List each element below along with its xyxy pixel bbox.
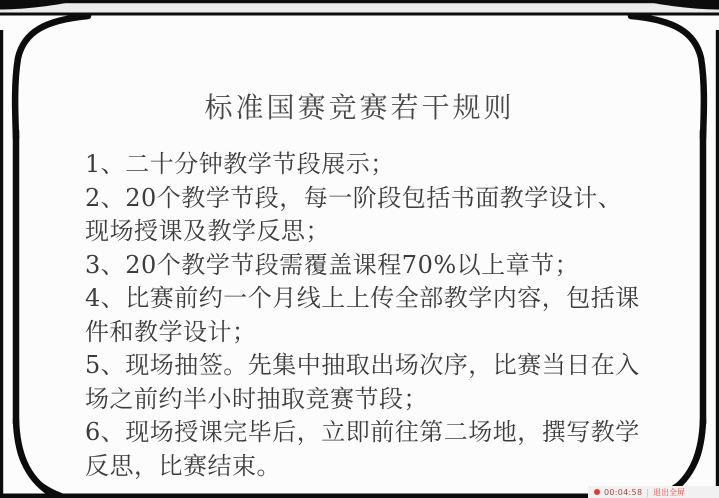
record-dot-icon bbox=[594, 489, 600, 495]
rule-item-2: 2、20个教学节段，每一阶段包括书面教学设计、现场授课及教学反思； bbox=[85, 182, 641, 249]
exit-fullscreen-button[interactable]: 退出全屏 bbox=[653, 488, 685, 498]
rule-item-4: 4、比赛前约一个月线上上传全部教学内容，包括课件和教学设计； bbox=[85, 282, 641, 349]
slide-title: 标准国赛竞赛若干规则 bbox=[0, 86, 719, 126]
rule-item-6: 6、现场授课完毕后，立即前往第二场地，撰写教学反思，比赛结束。 bbox=[85, 416, 641, 483]
rule-item-5: 5、现场抽签。先集中抽取出场次序，比赛当日在入场之前约半小时抽取竞赛节段； bbox=[85, 349, 641, 416]
rule-item-1: 1、二十分钟教学节段展示； bbox=[85, 148, 641, 182]
recording-status-bar: 00:04:58 | 退出全屏 bbox=[588, 486, 719, 498]
recording-time: 00:04:58 bbox=[604, 488, 642, 498]
separator: | bbox=[646, 488, 649, 498]
slide-frame: 标准国赛竞赛若干规则 1、二十分钟教学节段展示； 2、20个教学节段，每一阶段包… bbox=[0, 0, 719, 498]
rule-item-3: 3、20个教学节段需覆盖课程70%以上章节； bbox=[85, 249, 641, 283]
rules-list: 1、二十分钟教学节段展示； 2、20个教学节段，每一阶段包括书面教学设计、现场授… bbox=[85, 148, 641, 483]
